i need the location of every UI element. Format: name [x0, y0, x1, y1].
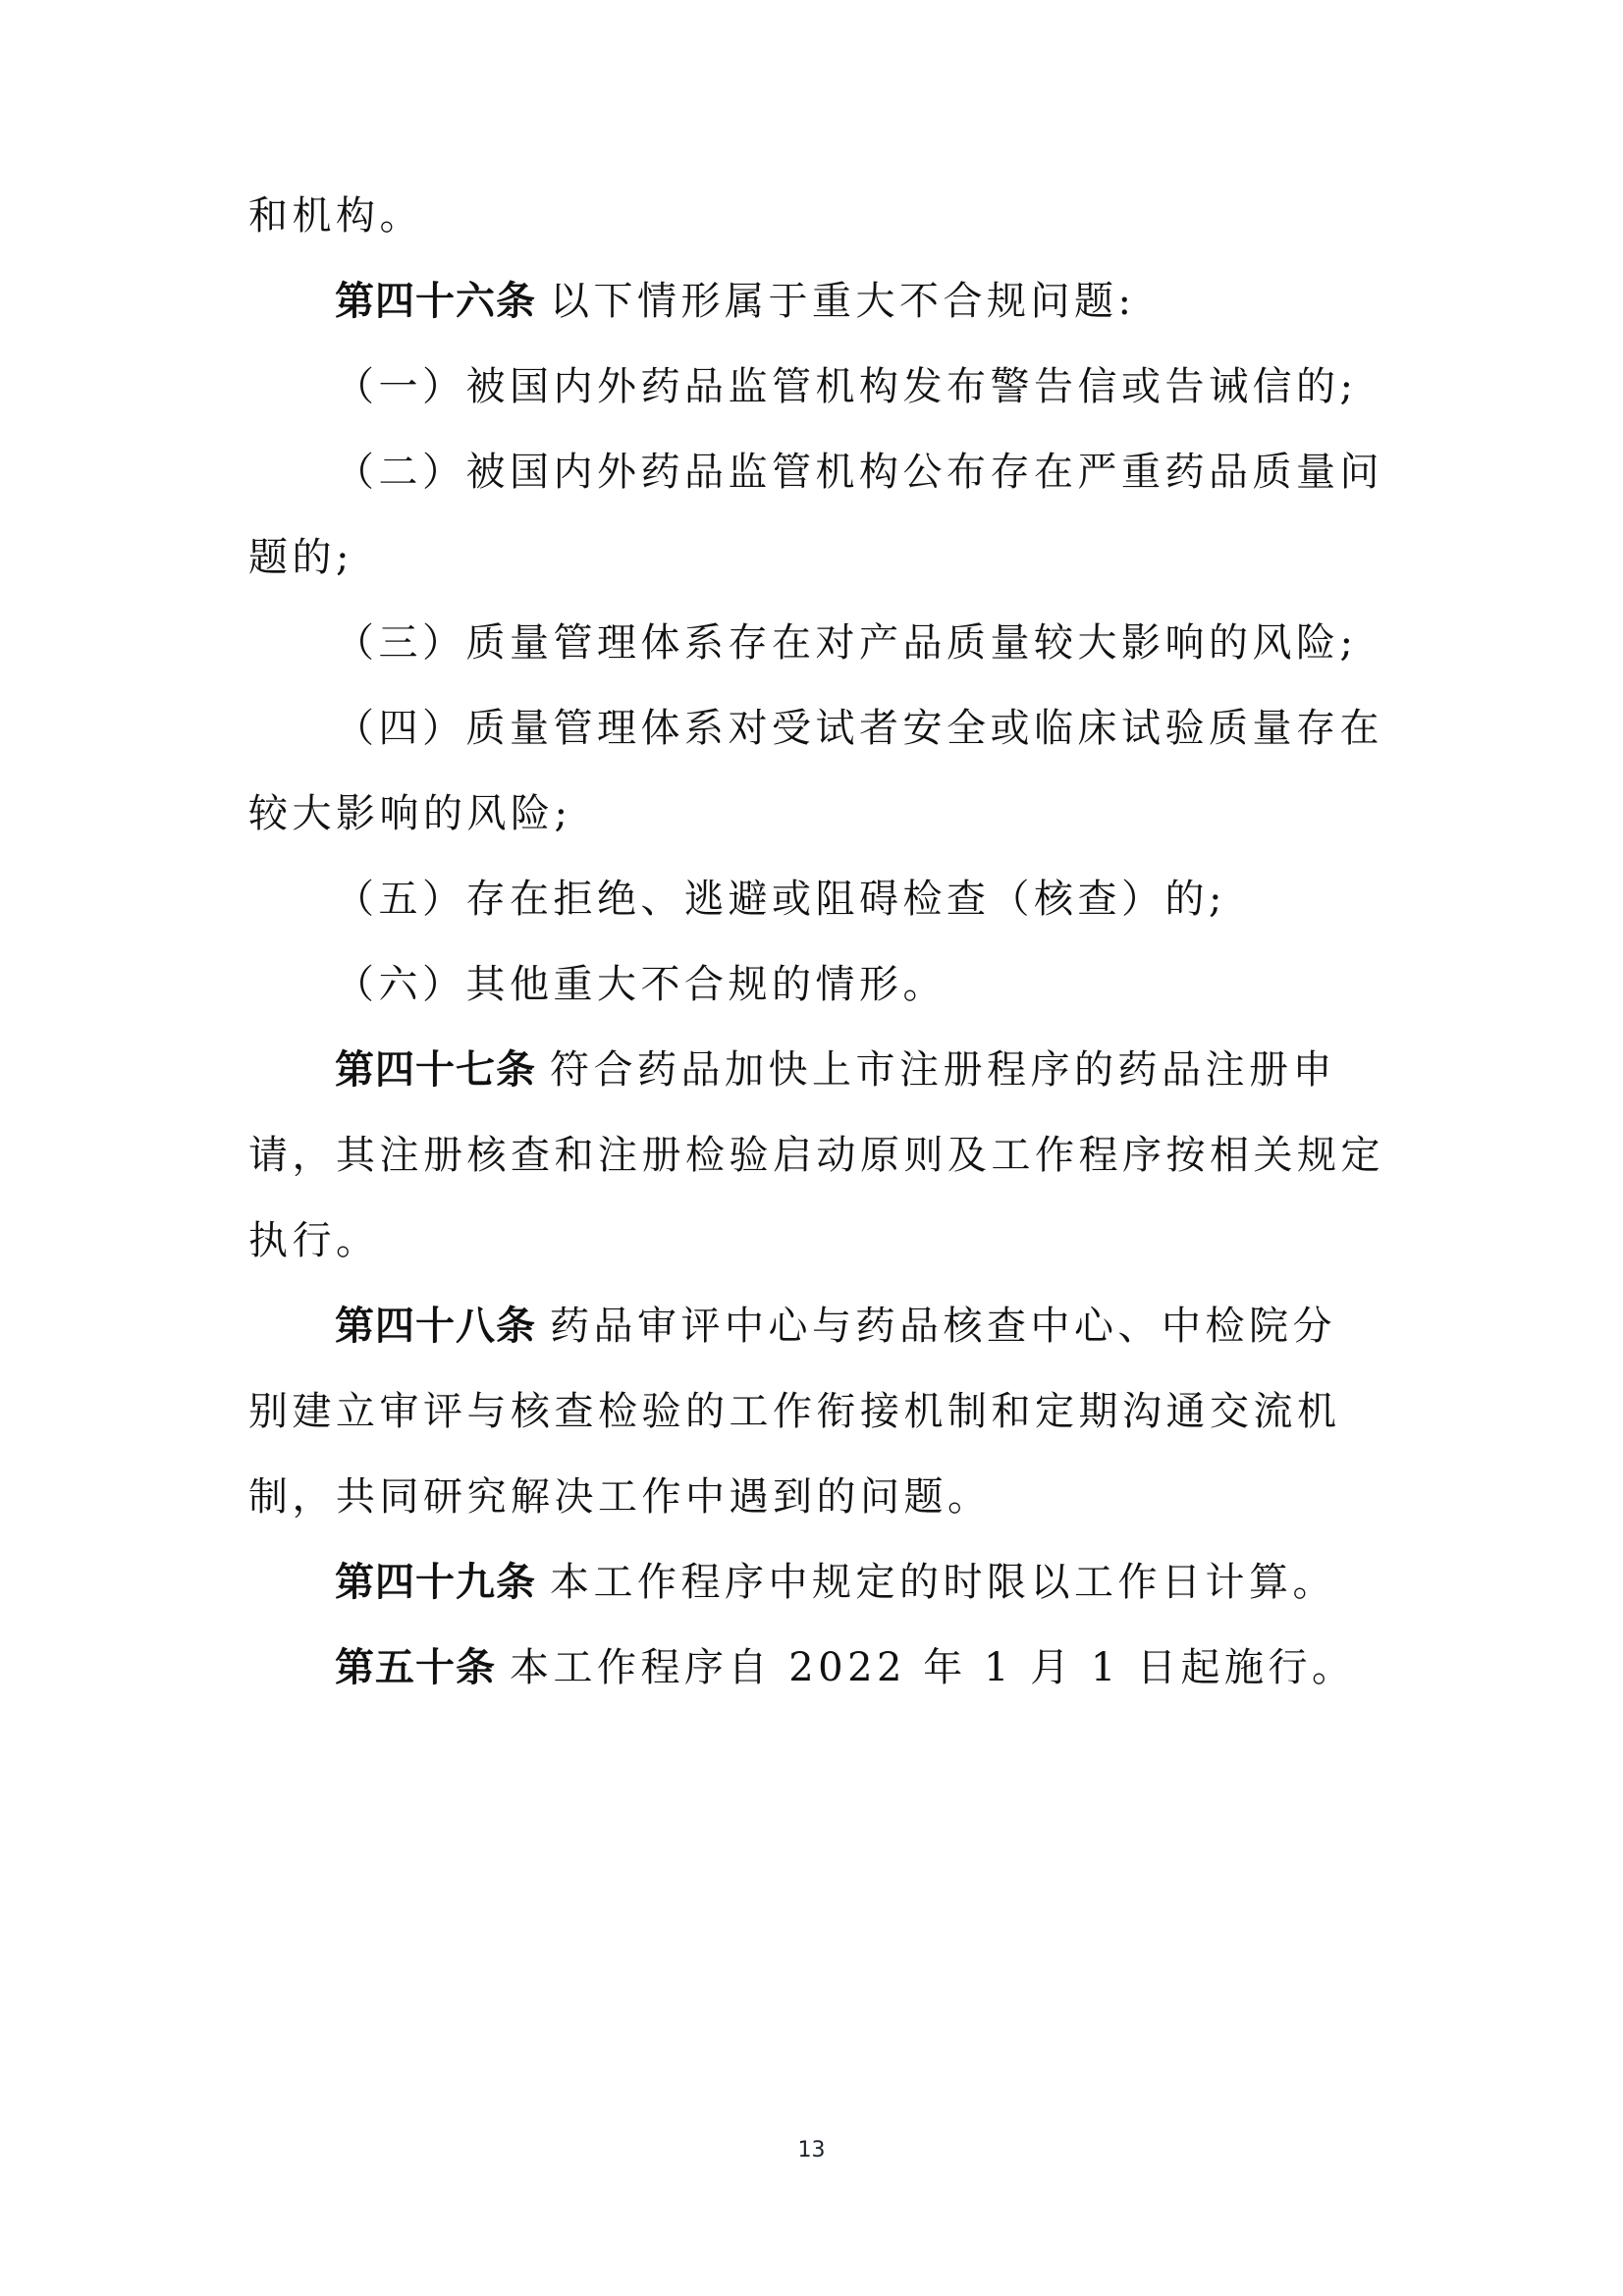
- article-46-item-4: （四）质量管理体系对受试者安全或临床试验质量存在: [335, 699, 1383, 758]
- line-text: 以下情形属于重大不合规问题:: [550, 279, 1135, 324]
- article-50: 第五十条本工作程序自 2022 年 1 月 1 日起施行。: [335, 1638, 1355, 1697]
- line-text: 别建立审评与核查检验的工作衔接机制和定期沟通交流机: [248, 1389, 1341, 1434]
- article-48: 第四十八条药品审评中心与药品核查中心、中检院分: [335, 1297, 1336, 1356]
- article-46-item-1: （一）被国内外药品监管机构发布警告信或告诫信的;: [335, 357, 1357, 416]
- line-text: 较大影响的风险;: [248, 791, 571, 836]
- paragraph-continuation: 和机构。: [248, 187, 423, 245]
- article-46-item-6: （六）其他重大不合规的情形。: [335, 955, 947, 1014]
- article-47-cont-1: 请，其注册核查和注册检验启动原则及工作程序按相关规定: [248, 1126, 1384, 1185]
- page-number: 13: [0, 2138, 1623, 2163]
- line-text: 题的;: [248, 535, 353, 580]
- article-47-cont-2: 执行。: [248, 1211, 380, 1270]
- line-text: 和机构。: [248, 193, 423, 239]
- article-46-heading: 第四十六条以下情形属于重大不合规问题:: [335, 272, 1135, 331]
- line-text: 符合药品加快上市注册程序的药品注册申: [550, 1047, 1336, 1093]
- line-text: 请，其注册核查和注册检验启动原则及工作程序按相关规定: [248, 1133, 1384, 1178]
- article-label: 第四十八条: [335, 1303, 536, 1349]
- article-48-cont-2: 制，共同研究解决工作中遇到的问题。: [248, 1468, 992, 1526]
- line-text: 药品审评中心与药品核查中心、中检院分: [550, 1304, 1336, 1349]
- article-48-cont-1: 别建立审评与核查检验的工作衔接机制和定期沟通交流机: [248, 1382, 1341, 1441]
- article-label: 第四十九条: [335, 1559, 536, 1605]
- article-label: 第五十条: [335, 1644, 496, 1690]
- article-label: 第四十七条: [335, 1046, 536, 1093]
- line-text: 执行。: [248, 1218, 380, 1263]
- article-46-item-5: （五）存在拒绝、逃避或阻碍检查（核查）的;: [335, 870, 1226, 929]
- line-text: （二）被国内外药品监管机构公布存在严重药品质量问: [335, 450, 1383, 495]
- line-text: （六）其他重大不合规的情形。: [335, 962, 947, 1007]
- article-47: 第四十七条符合药品加快上市注册程序的药品注册申: [335, 1041, 1336, 1099]
- article-46-item-2: （二）被国内外药品监管机构公布存在严重药品质量问: [335, 443, 1383, 502]
- line-text: 本工作程序中规定的时限以工作日计算。: [550, 1560, 1336, 1605]
- line-text: （三）质量管理体系存在对产品质量较大影响的风险;: [335, 620, 1357, 666]
- article-46-item-4-cont: 较大影响的风险;: [248, 784, 571, 843]
- article-46-item-2-cont: 题的;: [248, 528, 353, 587]
- line-text: （五）存在拒绝、逃避或阻碍检查（核查）的;: [335, 877, 1226, 922]
- line-text: 制，共同研究解决工作中遇到的问题。: [248, 1474, 992, 1520]
- line-text: （一）被国内外药品监管机构发布警告信或告诫信的;: [335, 364, 1357, 409]
- line-text: 本工作程序自 2022 年 1 月 1 日起施行。: [510, 1645, 1355, 1690]
- line-text: （四）质量管理体系对受试者安全或临床试验质量存在: [335, 706, 1383, 751]
- article-label: 第四十六条: [335, 278, 536, 324]
- article-49: 第四十九条本工作程序中规定的时限以工作日计算。: [335, 1553, 1336, 1612]
- article-46-item-3: （三）质量管理体系存在对产品质量较大影响的风险;: [335, 614, 1357, 672]
